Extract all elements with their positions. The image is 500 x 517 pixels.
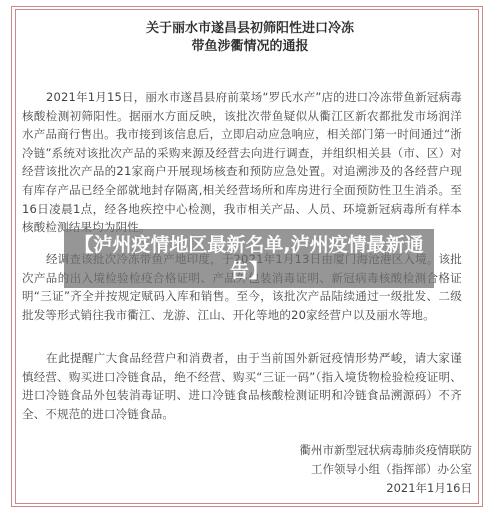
signature-org-line2: 工作领导小组（指挥部）办公室 (311, 460, 472, 479)
headline-overlay: 【泸州疫情地区最新名单,泸州疫情最新通告】 (64, 229, 434, 288)
signature-org-line1: 衢州市新型冠状病毒肺炎疫情联防 (300, 441, 473, 460)
signature-date: 2021年1月16日 (386, 479, 472, 498)
paragraph-text: 2021年1月15日，丽水市遂昌县府前菜场“罗氏水产”店的进口冷冻带鱼新冠病毒核… (22, 90, 462, 234)
document-title-line2: 带鱼涉衢情况的通报 (0, 38, 500, 56)
paragraph-reminder: 在此提醒广大食品经营户和消费者，由于当前国外新冠疫情形势严峻，请大家谨慎经营、购… (22, 349, 462, 423)
headline-text: 【泸州疫情地区最新名单,泸州疫情最新通告】 (74, 234, 423, 282)
paragraph-text: 在此提醒广大食品经营户和消费者，由于当前国外新冠疫情形势严峻，请大家谨慎经营、购… (22, 351, 462, 421)
paragraph-incident: 2021年1月15日，丽水市遂昌县府前菜场“罗氏水产”店的进口冷冻带鱼新冠病毒核… (22, 88, 462, 237)
document-title-line1: 关于丽水市遂昌县初筛阳性进口冷冻 (0, 20, 500, 38)
